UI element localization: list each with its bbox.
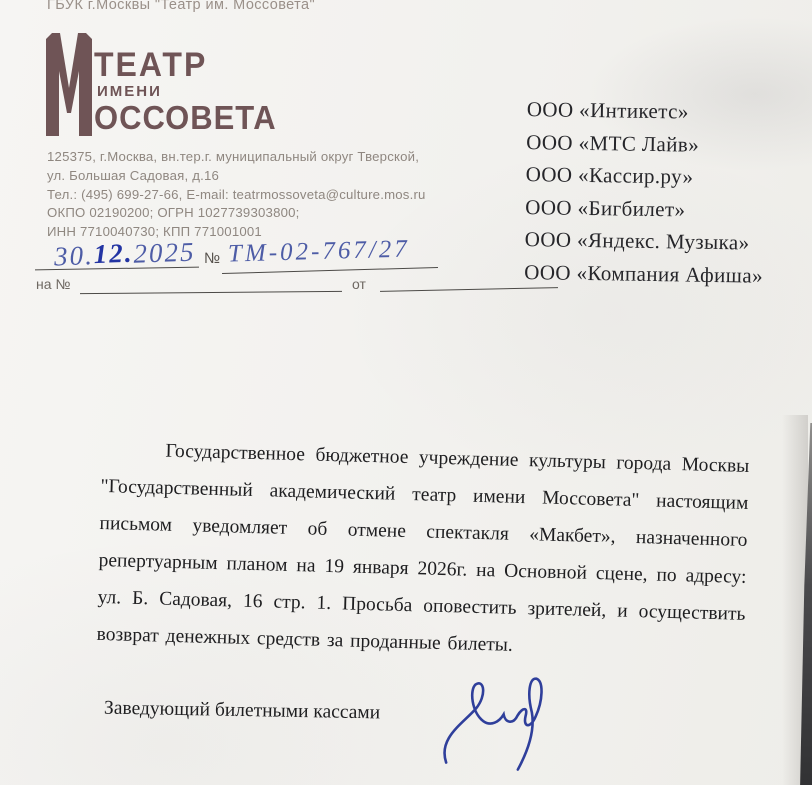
recipient-item: ООО «Компания Афиша» bbox=[524, 260, 763, 296]
number-underline bbox=[222, 267, 438, 274]
from-label: от bbox=[352, 276, 366, 292]
date-day: 30. bbox=[54, 240, 95, 271]
logo-word-mossoveta: ОССОВЕТА bbox=[94, 101, 277, 134]
address-line: ул. Большая Садовая, д.16 bbox=[47, 167, 487, 186]
document-page: ГБУК г.Москвы "Театр им. Моссовета" ТЕАТ… bbox=[0, 0, 812, 785]
number-sign: № bbox=[204, 250, 220, 267]
signature-title: Заведующий билетными кассами bbox=[104, 698, 381, 725]
theatre-logo: ТЕАТР ИМЕНИ ОССОВЕТА bbox=[46, 33, 256, 139]
incoming-number-line bbox=[80, 291, 342, 294]
address-line: 125375, г.Москва, вн.тер.г. муниципальны… bbox=[47, 148, 487, 167]
recipient-item: ООО «Кассир.ру» bbox=[525, 162, 764, 198]
recipient-item: ООО «Яндекс. Музыка» bbox=[524, 227, 763, 263]
signature-stroke bbox=[444, 673, 543, 771]
signature-autograph bbox=[437, 666, 556, 781]
recipient-item: ООО «Бигбилет» bbox=[525, 195, 764, 231]
address-block: 125375, г.Москва, вн.тер.г. муниципальны… bbox=[47, 148, 487, 242]
logo-m-glyph bbox=[46, 33, 92, 136]
logo-word-imeni: ИМЕНИ bbox=[97, 84, 162, 99]
date-year: 2025 bbox=[133, 237, 196, 269]
logo-word-teatr: ТЕАТР bbox=[94, 47, 207, 82]
incoming-number-label: на № bbox=[36, 276, 70, 292]
recipient-item: ООО «Интикетс» bbox=[526, 97, 765, 133]
address-line: ОКПО 02190200; ОГРН 1027739303800; bbox=[47, 204, 487, 223]
handwritten-number: ТМ-02-767/27 bbox=[228, 235, 411, 268]
recipient-item: ООО «МТС Лайв» bbox=[526, 130, 765, 166]
address-line: Тел.: (495) 699-27-66, E-mail: teatrmoss… bbox=[47, 186, 487, 205]
org-line: ГБУК г.Москвы "Театр им. Моссовета" bbox=[47, 0, 315, 13]
date-month: 12. bbox=[93, 238, 134, 269]
body-paragraph: Государственное бюджетное учреждение кул… bbox=[96, 431, 750, 670]
recipients-list: ООО «Интикетс» ООО «МТС Лайв» ООО «Касси… bbox=[524, 97, 766, 296]
